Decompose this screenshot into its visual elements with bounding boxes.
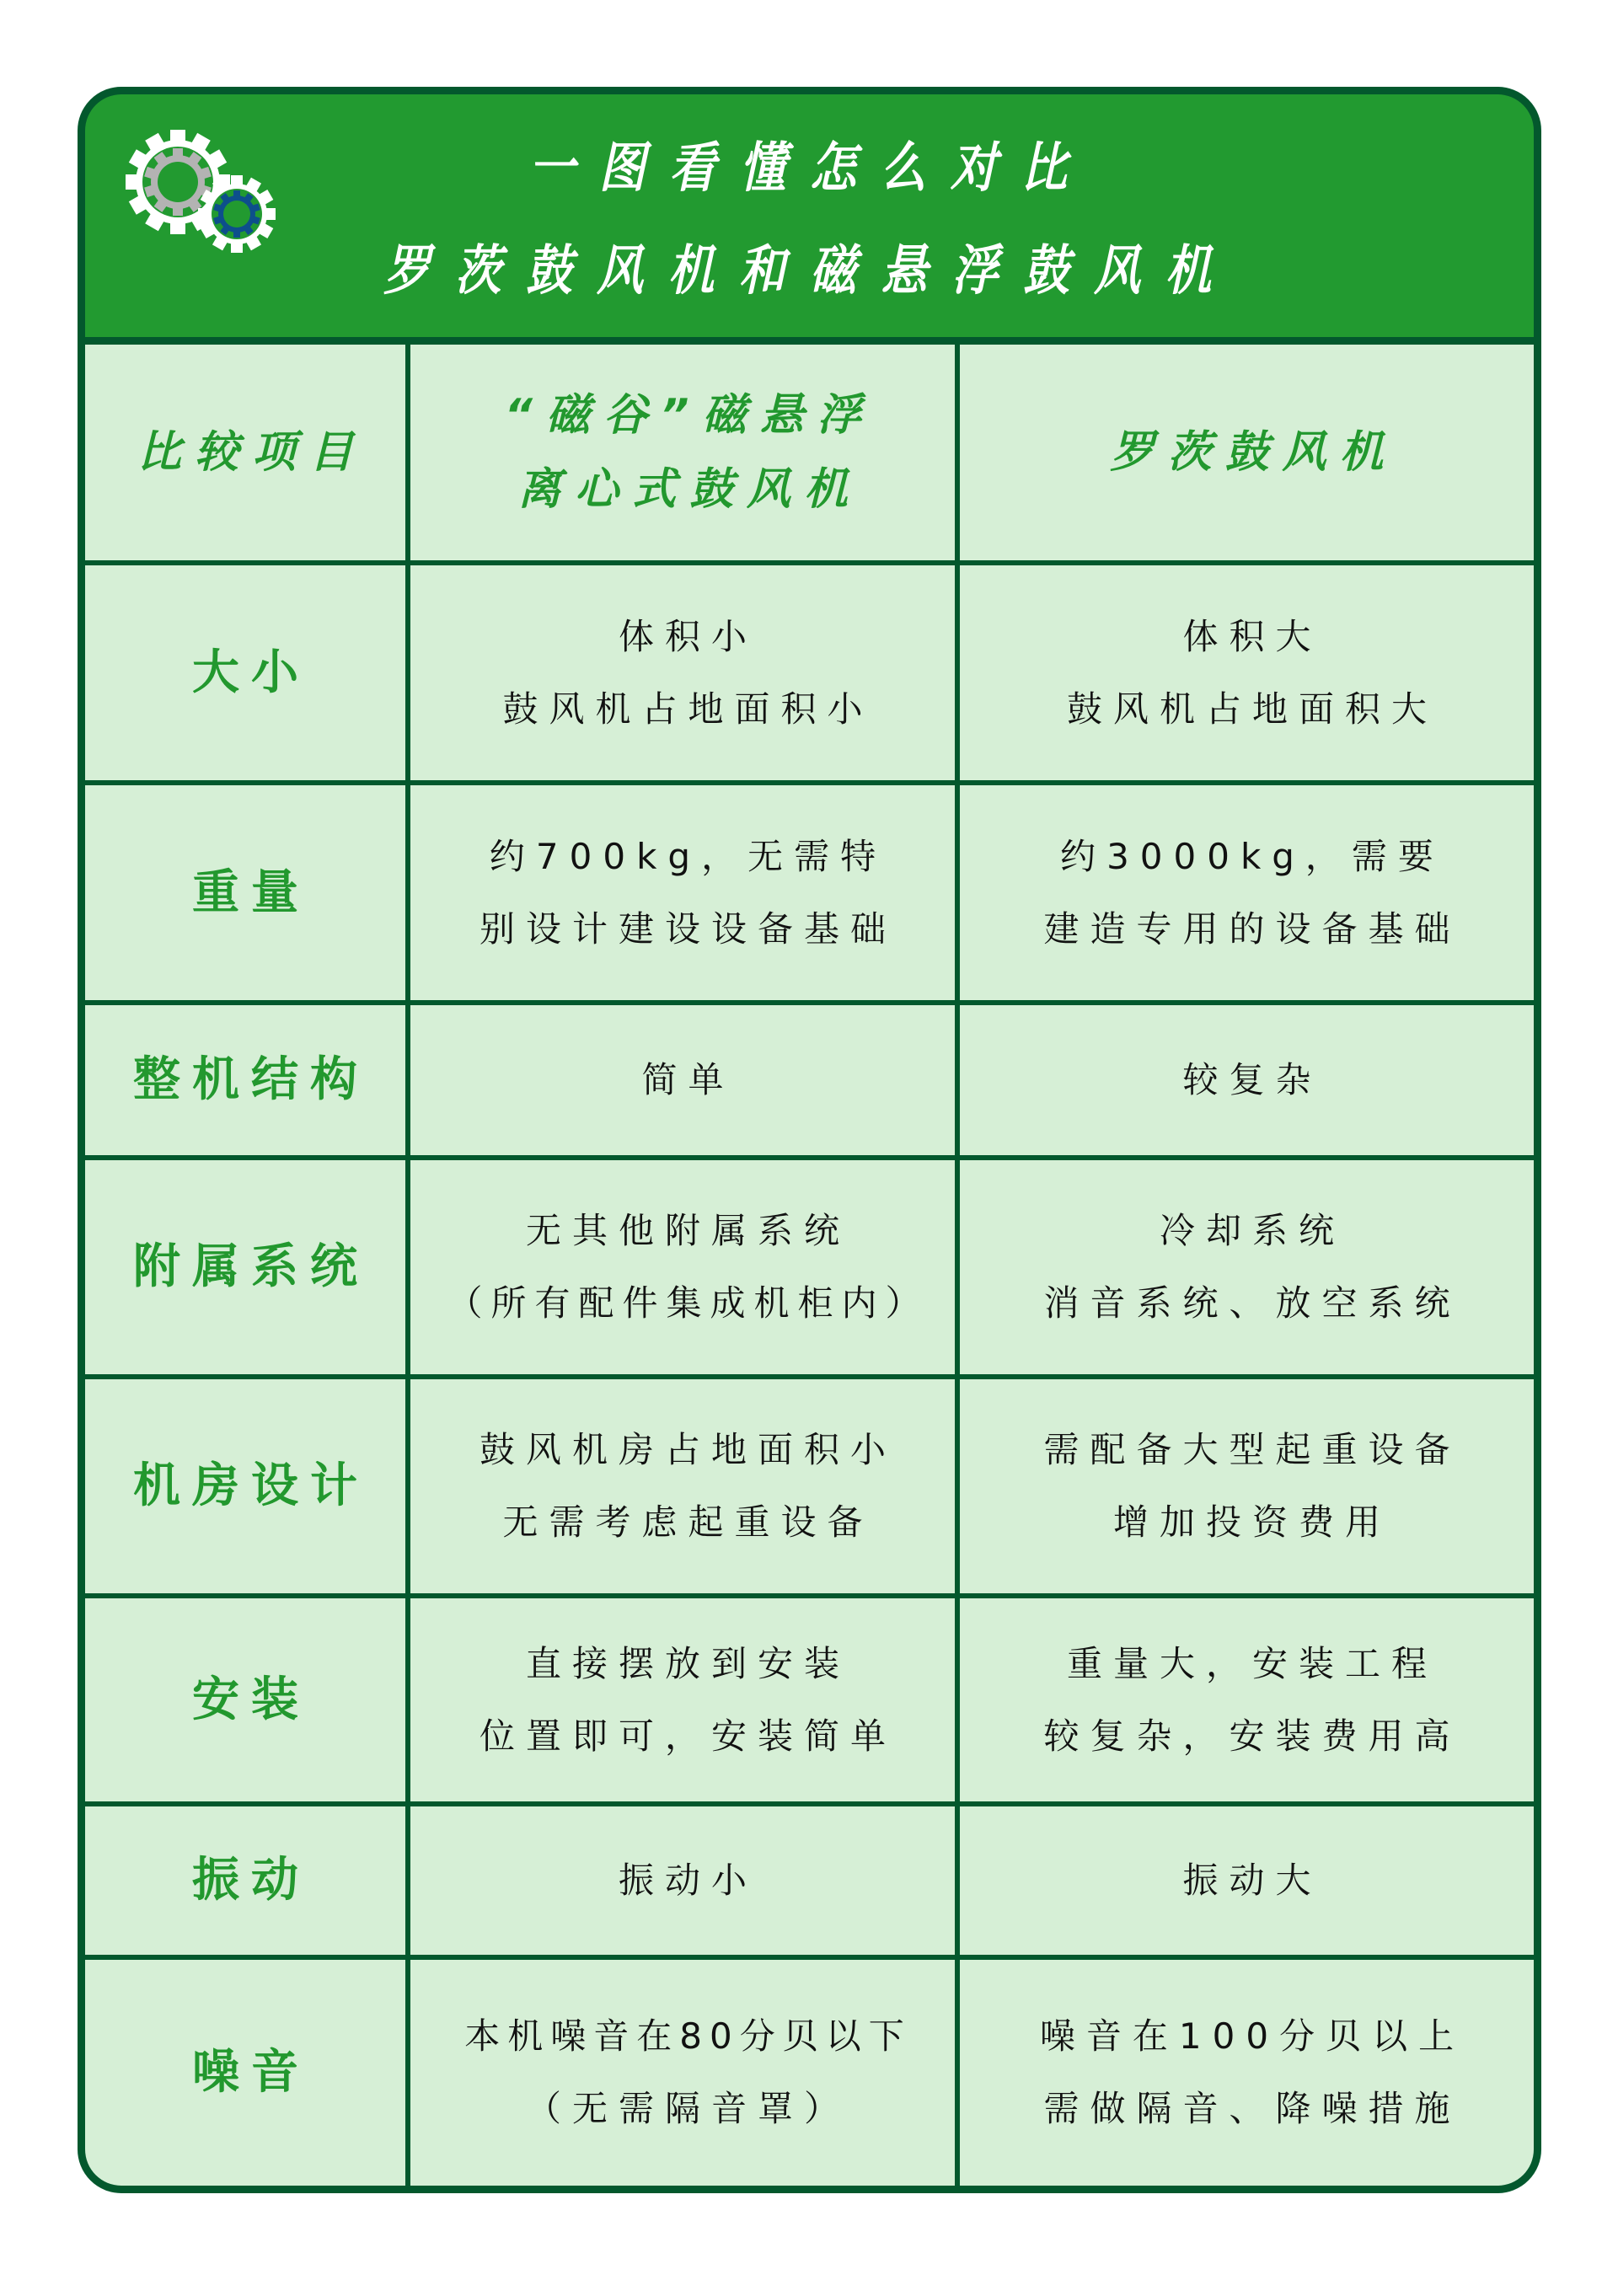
cell-maglev-weight: 约700kg，无需特 别设计建设设备基础: [410, 785, 955, 1000]
cell-line: 较复杂，安装费用高: [1032, 1700, 1460, 1773]
cell-line: 鼓风机房占地面积小: [469, 1414, 897, 1486]
row-label-size: 大小: [85, 565, 405, 780]
cell-maglev-vibration: 振动小: [410, 1806, 955, 1955]
cell-roots-weight: 约3000kg，需要 建造专用的设备基础: [960, 785, 1534, 1000]
cell-line: 鼓风机占地面积大: [1056, 673, 1438, 746]
cell-line: 别设计建设设备基础: [469, 893, 897, 966]
cell-line: 简单: [630, 1044, 734, 1116]
cell-line: 体积大: [1171, 601, 1321, 673]
cell-line: 重量大，安装工程: [1056, 1628, 1438, 1700]
cell-line: 消音系统、放空系统: [1032, 1267, 1460, 1340]
cell-line: 振动小: [608, 1844, 758, 1917]
cell-maglev-structure: 简单: [410, 1005, 955, 1155]
cell-maglev-noise: 本机噪音在80分贝以下 （无需隔音罩）: [410, 1960, 955, 2186]
row-label: 大小: [180, 646, 310, 700]
cell-line: 无其他附属系统: [515, 1195, 850, 1267]
row-label-installation: 安装: [85, 1598, 405, 1801]
column-header-line: “磁谷”磁悬浮: [491, 378, 875, 452]
cell-line: 直接摆放到安装: [515, 1628, 850, 1700]
cell-maglev-auxiliary: 无其他附属系统 （所有配件集成机柜内）: [410, 1160, 955, 1374]
cell-roots-structure: 较复杂: [960, 1005, 1534, 1155]
cell-roots-size: 体积大 鼓风机占地面积大: [960, 565, 1534, 780]
row-label: 振动: [180, 1854, 310, 1908]
cell-line: 噪音在100分贝以上: [1029, 2000, 1465, 2073]
column-header-maglev: “磁谷”磁悬浮 离心式鼓风机: [410, 345, 955, 560]
row-label: 安装: [180, 1673, 310, 1727]
column-header-label: 罗茨鼓风机: [1096, 415, 1396, 490]
cell-roots-noise: 噪音在100分贝以上 需做隔音、降噪措施: [960, 1960, 1534, 2186]
title-line-2: 罗茨鼓风机和磁悬浮鼓风机: [85, 244, 1534, 298]
cell-line: 需做隔音、降噪措施: [1032, 2073, 1460, 2145]
cell-line: 冷却系统: [1149, 1195, 1345, 1267]
cell-line: 需配备大型起重设备: [1032, 1414, 1460, 1486]
cell-roots-room-design: 需配备大型起重设备 增加投资费用: [960, 1379, 1534, 1593]
cell-line: 较复杂: [1171, 1044, 1321, 1116]
title-banner: 一图看懂怎么对比 罗茨鼓风机和磁悬浮鼓风机: [85, 94, 1534, 337]
row-label: 噪音: [180, 2046, 310, 2100]
row-label-structure: 整机结构: [85, 1005, 405, 1155]
cell-line: 建造专用的设备基础: [1032, 893, 1460, 966]
cell-roots-auxiliary: 冷却系统 消音系统、放空系统: [960, 1160, 1534, 1374]
cell-maglev-room-design: 鼓风机房占地面积小 无需考虑起重设备: [410, 1379, 955, 1593]
cell-roots-installation: 重量大，安装工程 较复杂，安装费用高: [960, 1598, 1534, 1801]
cell-maglev-installation: 直接摆放到安装 位置即可，安装简单: [410, 1598, 955, 1801]
cell-line: 鼓风机占地面积小: [491, 673, 873, 746]
comparison-card: 一图看懂怎么对比 罗茨鼓风机和磁悬浮鼓风机 比较项目 “磁谷”磁悬浮 离心式鼓风…: [78, 87, 1541, 2193]
row-label-noise: 噪音: [85, 1960, 405, 2186]
cell-line: 振动大: [1171, 1844, 1321, 1917]
column-header-line: 离心式鼓风机: [504, 452, 861, 527]
row-label-vibration: 振动: [85, 1806, 405, 1955]
cell-line: （所有配件集成机柜内）: [436, 1267, 929, 1340]
cell-roots-vibration: 振动大: [960, 1806, 1534, 1955]
cell-line: 无需考虑起重设备: [491, 1486, 873, 1559]
column-header-item: 比较项目: [85, 345, 405, 560]
column-header-label: 比较项目: [124, 415, 367, 490]
column-header-roots: 罗茨鼓风机: [960, 345, 1534, 560]
row-label: 重量: [180, 866, 310, 920]
comparison-table: 比较项目 “磁谷”磁悬浮 离心式鼓风机 罗茨鼓风机 大小 体积小 鼓风机占地面积…: [85, 345, 1534, 2186]
cell-line: 约700kg，无需特: [479, 821, 887, 893]
cell-line: （无需隔音罩）: [515, 2073, 850, 2145]
cell-line: 约3000kg，需要: [1049, 821, 1444, 893]
cell-line: 体积小: [608, 601, 758, 673]
row-label-auxiliary: 附属系统: [85, 1160, 405, 1374]
row-label: 附属系统: [121, 1240, 369, 1294]
row-label-weight: 重量: [85, 785, 405, 1000]
row-label: 整机结构: [121, 1053, 369, 1107]
title-line-1: 一图看懂怎么对比: [85, 142, 1534, 195]
row-label: 机房设计: [121, 1459, 369, 1513]
cell-line: 位置即可，安装简单: [469, 1700, 897, 1773]
cell-line: 增加投资费用: [1102, 1486, 1391, 1559]
cell-maglev-size: 体积小 鼓风机占地面积小: [410, 565, 955, 780]
row-label-room-design: 机房设计: [85, 1379, 405, 1593]
cell-line: 本机噪音在80分贝以下: [453, 2000, 911, 2073]
